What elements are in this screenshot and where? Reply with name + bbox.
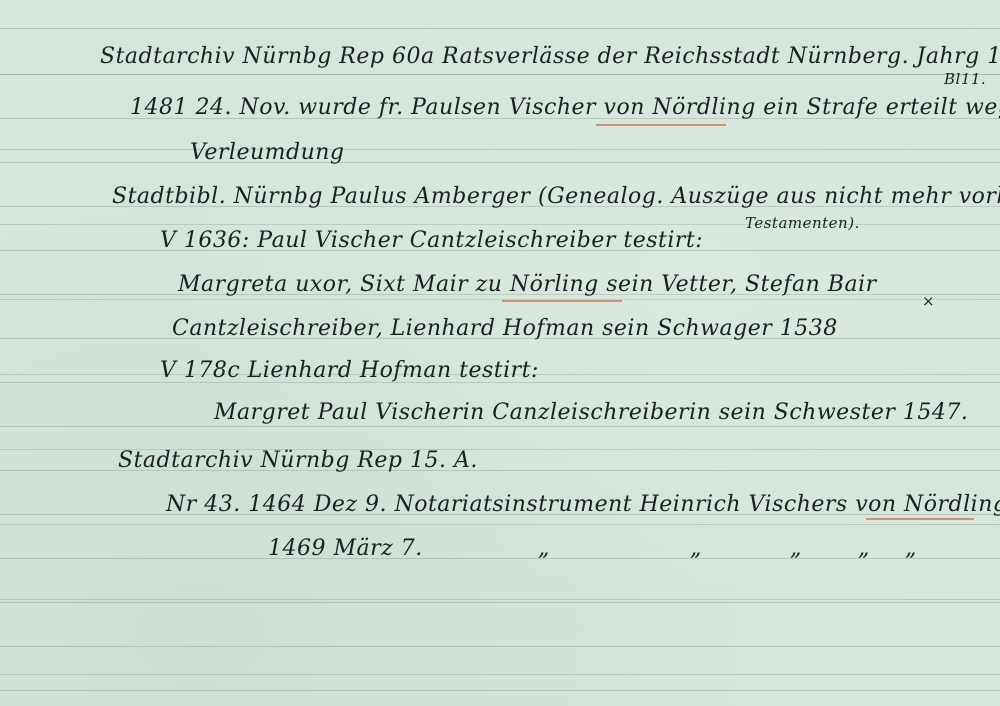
- note-line-1-folio: Bl11.: [944, 70, 986, 88]
- ditto-mark-4: „: [858, 536, 870, 561]
- ditto-mark-2: „: [690, 536, 702, 561]
- note-line-6-mark: ×: [922, 292, 935, 310]
- note-line-10: Stadtarchiv Nürnbg Rep 15. A.: [118, 448, 478, 473]
- note-line-1: Stadtarchiv Nürnbg Rep 60a Ratsverlässe …: [100, 44, 1000, 69]
- note-line-3: Verleumdung: [190, 140, 345, 165]
- note-line-8: V 178c Lienhard Hofman testirt:: [160, 358, 539, 383]
- note-line-11: Nr 43. 1464 Dez 9. Notariatsinstrument H…: [166, 492, 1000, 517]
- note-line-4: Stadtbibl. Nürnbg Paulus Amberger (Genea…: [112, 184, 1000, 209]
- note-line-2: 1481 24. Nov. wurde fr. Paulsen Vischer …: [130, 95, 1000, 120]
- note-line-9: Margret Paul Vischerin Canzleischreiberi…: [214, 400, 968, 425]
- ditto-mark-3: „: [790, 536, 802, 561]
- ditto-mark-1: „: [538, 536, 550, 561]
- note-line-4-cont: Testamenten).: [745, 214, 860, 232]
- note-line-7: Cantzleischreiber, Lienhard Hofman sein …: [172, 316, 838, 341]
- red-underline-noerling: [502, 300, 622, 302]
- note-line-5: V 1636: Paul Vischer Cantzleischreiber t…: [160, 228, 703, 253]
- red-underline-noerdling-1: [596, 124, 726, 126]
- note-line-12: 1469 März 7.: [268, 536, 423, 561]
- note-line-6: Margreta uxor, Sixt Mair zu Nörling sein…: [178, 272, 877, 297]
- ditto-mark-5: „: [905, 536, 917, 561]
- red-underline-noerdlingen: [866, 518, 974, 520]
